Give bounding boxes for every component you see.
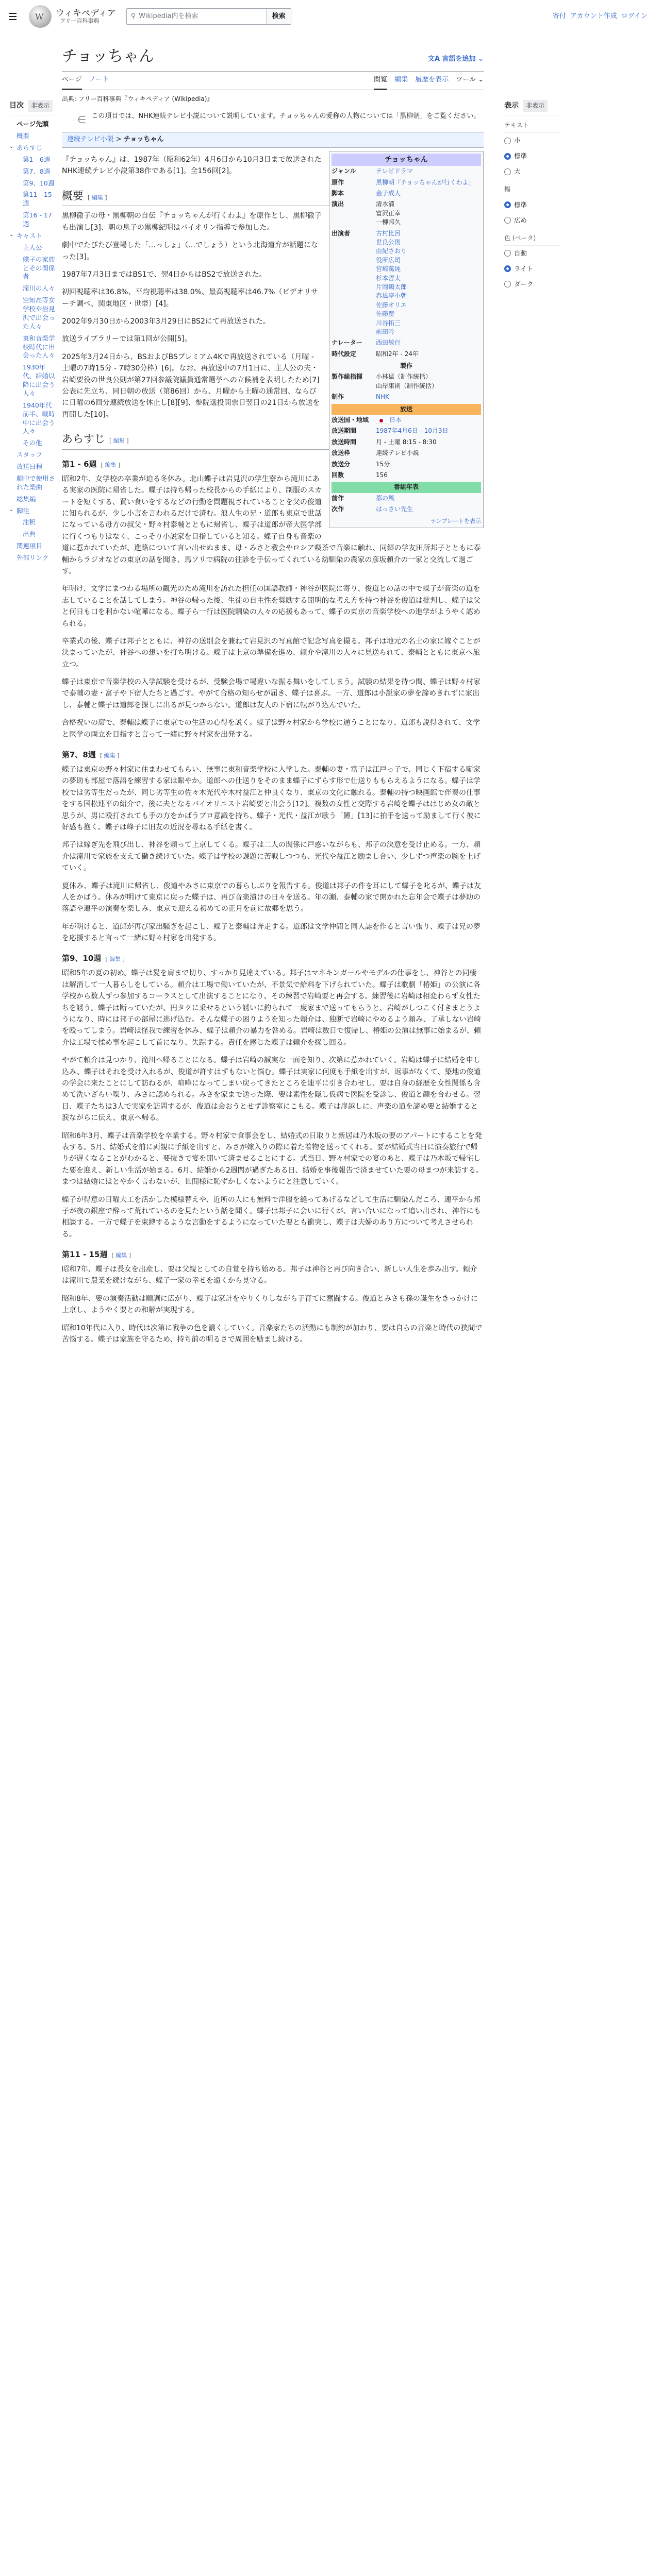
infobox-row: 放送期間1987年4月6日 - 10月3日 [332,426,481,436]
toc-item[interactable]: 注釈 [9,517,56,529]
infobox-row: 前作都の風 [332,493,481,504]
toc-item[interactable]: 1940年代前半、戦時中に出会う人々 [9,400,56,438]
tab-edit[interactable]: 編集 [394,75,408,90]
infobox-value: 連続テレビ小説 [376,449,419,457]
hatnote-text: この項目では、NHK連続テレビ小説について説明しています。チョッちゃんの愛称の人… [91,111,480,128]
breadcrumb-current: チョッちゃん [124,135,164,143]
chevron-down-icon: ⌄ [478,55,484,63]
page-tabs: ページ ノート 閲覧 編集 履歴を表示 ツール ⌄ [62,72,484,90]
infobox-value: 黒柳朝『チョッちゃんが行くわよ』 [376,178,475,187]
edit-section-link[interactable]: [ 編集 ] [100,752,120,759]
infobox-row: 演出清水満富沢正幸一柳邦久 [332,199,481,228]
toc-item[interactable]: 第9、10週 [9,178,56,190]
appearance-hide-button[interactable]: 非表示 [523,100,548,112]
toc-item[interactable]: スタッフ [9,449,56,461]
infobox-value-item: 小林猛（制作統括） [376,372,438,381]
infobox-value: NHK [376,393,389,401]
appearance-radio[interactable]: 標準 [504,197,561,213]
infobox-row: 脚本金子成人 [332,188,481,199]
infobox-value-item[interactable]: 川谷拓三 [376,319,407,328]
tab-page[interactable]: ページ [62,75,82,90]
infobox-label: 出演者 [332,229,376,337]
appearance-radio[interactable]: 自動 [504,246,561,261]
hatnote: ∈ この項目では、NHK連続テレビ小説について説明しています。チョッちゃんの愛称… [62,108,484,132]
create-account-link[interactable]: アカウント作成 [570,11,617,22]
toc-item[interactable]: ページ先頭 [9,118,56,130]
paragraph: 昭和6年3月、蝶子は音楽学校を卒業する。野々村家で食事会をし、結婚式の日取りと新… [62,1130,484,1188]
infobox-label: 前作 [332,494,376,503]
radio-unchecked-icon[interactable] [504,168,511,175]
login-link[interactable]: ログイン [621,11,648,22]
toc-item[interactable]: 空知高等女学校や岩見沢で出会った人々 [9,295,56,333]
infobox-value-item[interactable]: 前田吟 [376,328,407,336]
user-links: 寄付 アカウント作成 ログイン [553,11,648,22]
appearance-title: 表示 [504,100,519,111]
paragraph: 昭和10年代に入り、時代は次第に戦争の色を濃くしていく。音楽家たちの活動にも制約… [62,1323,484,1346]
infobox-row: 放送時間月 - 土曜 8:15 - 8:30 [332,437,481,448]
breadcrumb-link[interactable]: 連続テレビ小説 [67,135,114,143]
infobox-row: 放送枠連続テレビ小説 [332,448,481,459]
infobox-value: 古村比呂世良公則由紀さおり役所広司宮崎萬純杉本哲太片岡鶴太郎春風亭小朝佐藤オリエ… [376,229,407,337]
toc-item[interactable]: ⌄脚注 [9,505,56,517]
paragraph: 年が明けると、道郎が再び家出騒ぎを起こし、蝶子と泰輔は奔走する。道郎は文学仲間と… [62,921,484,944]
subsection-heading: 第9、10週[ 編集 ] [62,952,484,964]
toc-item[interactable]: 第16 - 17週 [9,210,56,230]
edit-section-link[interactable]: [ 編集 ] [111,1252,131,1259]
tools-menu[interactable]: ツール ⌄ [456,75,484,90]
subsection-heading: 第7、8週[ 編集 ] [62,749,484,761]
infobox-value-item[interactable]: 古村比呂 [376,229,407,238]
infobox-value: 小林猛（制作統括）山岸康則（制作統括） [376,372,438,391]
infobox-label: 放送時間 [332,438,376,447]
infobox-row: 放送国・地域日本 [332,415,481,426]
toc-item[interactable]: 関連項目 [9,540,56,552]
site-subtitle: フリー百科事典 [60,18,116,24]
globe-logo-icon [29,5,52,28]
infobox-label: 製作総指揮 [332,372,376,391]
toc-item[interactable]: 第1 - 6週 [9,154,56,166]
search-button[interactable]: 検索 [267,9,291,24]
appearance-group: テキスト小標準大 [504,118,561,179]
paragraph: 蝶子は東京で音楽学校の入学試験を受けるが、受験会場で場違いな振る舞いをしてしまう… [62,676,484,711]
infobox-value-item: 一柳邦久 [376,218,401,227]
infobox-value-item[interactable]: 日本 [376,416,402,425]
infobox-value-item: 昭和2年 - 24年 [376,350,419,359]
infobox-label: 制作 [332,393,376,401]
toc-item[interactable]: その他 [9,437,56,449]
chevron-down-icon[interactable]: ⌄ [9,231,13,239]
infobox-row: 製作総指揮小林猛（制作統括）山岸康則（制作統括） [332,371,481,392]
appearance-group: 幅標準広め [504,182,561,228]
infobox-row: ナレーター西田敏行 [332,337,481,348]
radio-unchecked-icon[interactable] [504,217,511,224]
infobox-value: 昭和2年 - 24年 [376,350,419,359]
toc-item[interactable]: 放送日程 [9,461,56,473]
appearance-radio[interactable]: ダーク [504,277,561,292]
infobox-section-header: 番組年表 [332,482,481,493]
toc-item[interactable]: 出典 [9,529,56,540]
toc-item[interactable]: 劇中で使用された楽曲 [9,473,56,494]
edit-section-link[interactable]: [ 編集 ] [109,437,129,444]
infobox-row: 次作はっさい先生 [332,504,481,515]
infobox-label: 脚本 [332,189,376,198]
view-template-link[interactable]: テンプレートを表示 [332,517,481,526]
appearance-radio[interactable]: ライト [504,261,561,277]
infobox-value-item: 清水満 [376,200,401,209]
main-content: チョッちゃん 文A 言語を追加 ⌄ ページ ノート 閲覧 編集 履歴を表示 ツー… [62,33,484,1351]
appearance-group-label: 色 (ベータ) [504,231,561,246]
infobox-label: 演出 [332,200,376,227]
infobox-value-item[interactable]: 佐藤慶 [376,310,407,318]
chevron-down-icon[interactable]: ⌄ [9,143,13,150]
infobox-value-item[interactable]: 杉本哲太 [376,274,407,283]
paragraph: やがて頼介は見つかり、滝川へ帰ることになる。蝶子は岩崎の誠実な一面を知り、次第に… [62,1055,484,1124]
infobox-label: 放送期間 [332,427,376,435]
site-header: ウィキペディア フリー百科事典 ⚲ Wikipedia内を検索 検索 寄付 アカ… [0,0,662,33]
infobox-value-item[interactable]: 1987年4月6日 - 10月3日 [376,427,449,435]
infobox-section-header: 放送 [332,404,481,415]
infobox-value-item[interactable]: 西田敏行 [376,338,401,347]
infobox-value-item[interactable]: 都の風 [376,494,394,503]
appearance-panel: 表示 非表示 テキスト小標準大幅標準広め色 (ベータ)自動ライトダーク [504,33,561,1351]
paragraph: 昭和5年の夏の初め。蝶子は髪を肩まで切り、すっかり見違えている。邦子はマネキンガ… [62,968,484,1048]
paragraph: 合格祝いの席で、泰輔は蝶子に東京での生活の心得を説く。蝶子は野々村家から学校に通… [62,717,484,740]
infobox-value-item: 富沢正幸 [376,209,401,218]
infobox-value: 156 [376,471,388,480]
infobox-value-item: 156 [376,471,388,480]
tab-read[interactable]: 閲覧 [374,75,387,90]
toc-item[interactable]: 第11 - 15週 [9,189,56,210]
donate-link[interactable]: 寄付 [553,11,566,22]
infobox-section-header: 製作 [332,361,481,371]
chevron-down-icon[interactable]: ⌄ [9,506,13,514]
search-icon: ⚲ [131,11,136,22]
radio-unchecked-icon[interactable] [504,138,511,144]
paragraph: 夏休み、蝶子は滝川に帰省し、俊道やみさに東京での暮らしぶりを報告する。俊道は邦子… [62,880,484,915]
infobox-row: 出演者古村比呂世良公則由紀さおり役所広司宮崎萬純杉本哲太片岡鶴太郎春風亭小朝佐藤… [332,228,481,338]
infobox-label: 回数 [332,471,376,480]
toc-item[interactable]: 東和音楽学校時代に出会った人々 [9,333,56,362]
paragraph: 昭和8年、要の演奏活動は順調に広がり、蝶子は家計をやりくりしながら子育てに奮闘す… [62,1293,484,1316]
infobox-label: 次作 [332,505,376,514]
infobox-value: 月 - 土曜 8:15 - 8:30 [376,438,437,447]
tab-talk[interactable]: ノート [89,75,109,90]
toc-item[interactable]: 蝶子の家族とその関係者 [9,254,56,283]
infobox-row: 時代設定昭和2年 - 24年 [332,349,481,360]
search-input[interactable]: ⚲ Wikipedia内を検索 [127,9,267,24]
radio-checked-icon[interactable] [504,265,511,272]
infobox-value-item[interactable]: 宮崎萬純 [376,265,407,274]
infobox-row: 原作黒柳朝『チョッちゃんが行くわよ』 [332,177,481,188]
infobox-value: 15分 [376,460,390,469]
toc-item[interactable]: 1930年代、結婚以降に出会う人々 [9,362,56,400]
infobox-row: ジャンルテレビドラマ [332,166,481,177]
infobox-label: 原作 [332,178,376,187]
appearance-radio[interactable]: 大 [504,164,561,179]
appearance-radio[interactable]: 小 [504,133,561,148]
infobox-label: 放送分 [332,460,376,469]
toc-item[interactable]: 概要 [9,130,56,142]
infobox-value-item[interactable]: 役所広司 [376,256,407,265]
tab-history[interactable]: 履歴を表示 [415,75,449,90]
radio-unchecked-icon[interactable] [504,250,511,257]
infobox-title: チョッちゃん [332,154,481,166]
paragraph: 昭和7年、蝶子は長女を出産し、要は父親としての自覚を持ち始める。邦子は神谷と再び… [62,1264,484,1287]
infobox-value-item[interactable]: 春風亭小朝 [376,292,407,300]
toc-item[interactable]: ⌄あらすじ [9,142,56,154]
disambiguation-icon: ∈ [77,111,86,128]
subsection-heading: 第11 - 15週[ 編集 ] [62,1248,484,1261]
infobox-value-item: 月 - 土曜 8:15 - 8:30 [376,438,437,447]
toc-item[interactable]: ⌄キャスト [9,230,56,242]
breadcrumb: 連続テレビ小説 > チョッちゃん [62,132,484,148]
japan-flag-icon [376,417,386,424]
paragraph: 蝶子が得意の日曜大工を活かした模様替えや、近所の人にも無料で洋服を縫ってあげるな… [62,1194,484,1241]
infobox-label: ナレーター [332,338,376,347]
infobox-value-item[interactable]: 世良公則 [376,238,407,247]
toc-item[interactable]: 主人公 [9,242,56,254]
toc-title: 目次 [9,100,24,111]
paragraph: 邦子は嫁ぎ先を飛び出し、神谷を頼って上京してくる。蝶子は二人の関係に戸惑いながら… [62,839,484,874]
infobox-value-item[interactable]: NHK [376,393,389,401]
source-line: 出典: フリー百科事典『ウィキペディア (Wikipedia)』 [62,94,484,104]
infobox-value-item[interactable]: 由紀さおり [376,247,407,256]
toc-item[interactable]: 総集編 [9,494,56,505]
infobox-value: 清水満富沢正幸一柳邦久 [376,200,401,227]
radio-checked-icon[interactable] [504,153,511,160]
search-placeholder: Wikipedia内を検索 [139,11,198,22]
toc-item[interactable]: 第7、8週 [9,166,56,178]
appearance-radio[interactable]: 標準 [504,148,561,164]
edit-section-link[interactable]: [ 編集 ] [101,462,121,468]
infobox-value-item: 連続テレビ小説 [376,449,419,457]
paragraph: 卒業式の後、蝶子は邦子とともに、神谷の送別会を兼ねて岩見沢の写真館で記念写真を撮… [62,636,484,670]
infobox-value: はっさい先生 [376,505,413,514]
infobox-value: 西田敏行 [376,338,401,347]
infobox-row: 放送分15分 [332,459,481,470]
toc-list: ページ先頭概要⌄あらすじ第1 - 6週第7、8週第9、10週第11 - 15週第… [9,118,56,564]
edit-section-link[interactable]: [ 編集 ] [105,956,125,962]
appearance-radio[interactable]: 広め [504,213,561,228]
infobox-value: テレビドラマ [376,167,413,176]
infobox-value: 金子成人 [376,189,401,198]
infobox-label: 放送枠 [332,449,376,457]
site-title: ウィキペディア [56,9,116,19]
search-form: ⚲ Wikipedia内を検索 検索 [126,8,291,25]
paragraph: 蝶子は東京の野々村家に住まわせてもらい、無事に東和音楽学校に入学した。泰輔の妻・… [62,764,484,833]
infobox-row: 制作NHK [332,392,481,402]
infobox-value: 日本 [376,416,402,425]
appearance-group: 色 (ベータ)自動ライトダーク [504,231,561,292]
add-languages-button[interactable]: 文A 言語を追加 ⌄ [428,54,484,65]
infobox-label: 時代設定 [332,350,376,359]
infobox-value-item: 山岸康則（制作統括） [376,382,438,391]
page-title: チョッちゃん [62,44,154,69]
infobox-value: 1987年4月6日 - 10月3日 [376,427,449,435]
toc-item[interactable]: 滝川の人々 [9,283,56,295]
infobox-value-item[interactable]: 片岡鶴太郎 [376,283,407,292]
infobox-value-item[interactable]: 佐藤オリエ [376,301,407,310]
translate-icon: 文A [428,55,442,63]
infobox: チョッちゃん ジャンルテレビドラマ原作黒柳朝『チョッちゃんが行くわよ』脚本金子成… [329,151,484,528]
infobox-label: ジャンル [332,167,376,176]
radio-unchecked-icon[interactable] [504,281,511,287]
infobox-value-item[interactable]: テレビドラマ [376,167,413,176]
infobox-value-item[interactable]: 黒柳朝『チョッちゃんが行くわよ』 [376,178,475,187]
edit-section-link[interactable]: [ 編集 ] [88,194,107,201]
appearance-group-label: 幅 [504,182,561,197]
infobox-row: 回数156 [332,470,481,481]
radio-checked-icon[interactable] [504,201,511,208]
infobox-value-item[interactable]: はっさい先生 [376,505,413,514]
infobox-label: 放送国・地域 [332,416,376,425]
infobox-value-item: 15分 [376,460,390,469]
appearance-group-label: テキスト [504,118,561,133]
paragraph: 年明け、文学にまつわる場所の観光のため滝川を訪れた担任の国語教師・神谷が医院に寄… [62,583,484,630]
main-menu-button[interactable] [9,11,21,22]
toc-hide-button[interactable]: 非表示 [28,100,53,112]
toc-item[interactable]: 外部リンク [9,552,56,564]
table-of-contents: 目次 非表示 ページ先頭概要⌄あらすじ第1 - 6週第7、8週第9、10週第11… [9,97,56,564]
infobox-value: 都の風 [376,494,394,503]
wikipedia-logo[interactable]: ウィキペディア フリー百科事典 [29,5,116,28]
infobox-value-item[interactable]: 金子成人 [376,189,401,198]
